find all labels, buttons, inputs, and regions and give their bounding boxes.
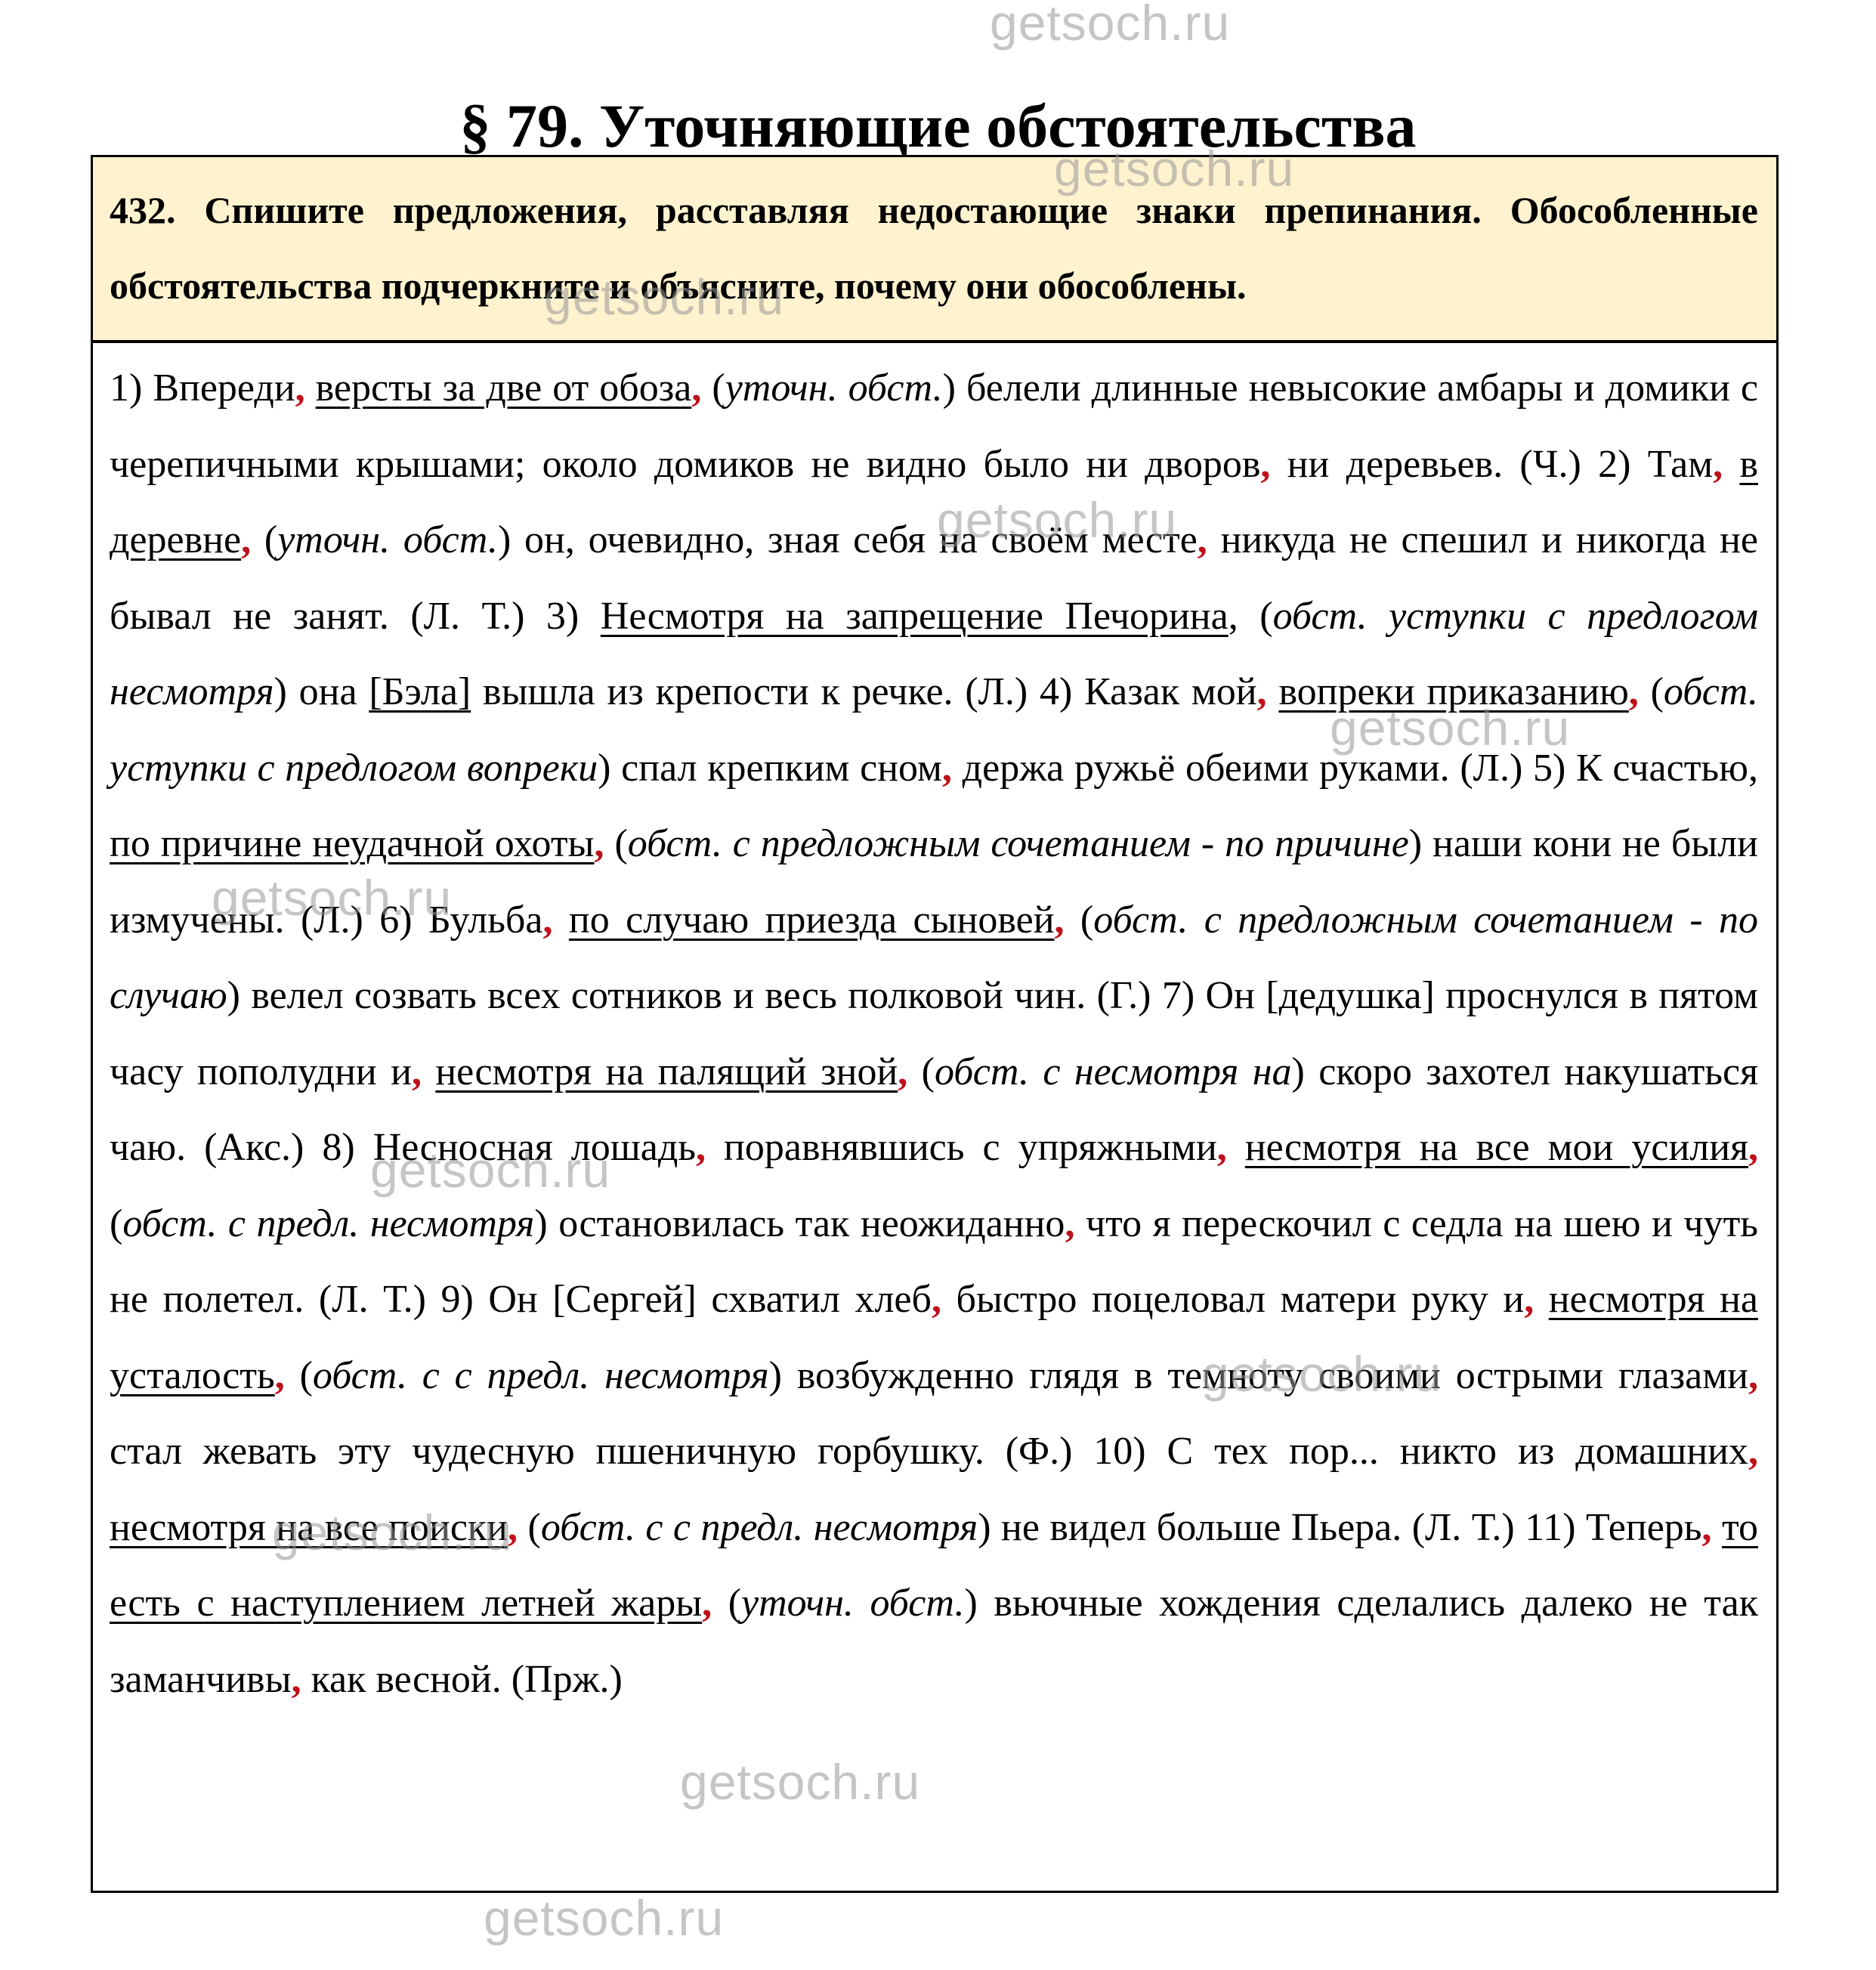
inserted-comma: , [696,1126,706,1169]
italic-note: обст. с предл. несмотря [122,1202,534,1245]
inserted-comma: , [1629,670,1639,713]
underlined-adverbial: Несмотря на запрещение Печорина [601,595,1229,638]
answer-text: 1) Впереди, версты за две от обоза, (уто… [93,343,1776,1718]
italic-note: обст. с с предл. несмотря [541,1506,978,1549]
text-run [1534,1278,1549,1321]
text-run [1267,670,1279,713]
inserted-comma: , [1198,518,1207,561]
inserted-comma: , [1748,1126,1758,1169]
text-run: ( [1065,898,1094,942]
inserted-comma: , [1713,443,1723,486]
inserted-comma: , [241,518,251,561]
inserted-comma: , [508,1506,518,1549]
text-run: ( [1639,670,1664,713]
inserted-comma: , [702,1582,712,1625]
text-run: ни деревьев. (Ч.) 2) Там [1270,443,1713,486]
text-run: ( [701,366,725,410]
underlined-adverbial: несмотря на все поиски [110,1506,508,1549]
text-run [1227,1126,1245,1169]
text-run: ) остановилась так неожиданно [534,1202,1065,1245]
text-run [305,366,316,410]
italic-note: обст. с несмотря на [935,1050,1292,1093]
text-run: , ( [1229,595,1273,638]
inserted-comma: , [1257,670,1267,713]
text-run: ) она [274,670,369,713]
inserted-comma: , [1748,1354,1758,1397]
text-run [422,1050,435,1093]
italic-note: обст. с предложным сочетанием - по причи… [628,822,1409,865]
underlined-adverbial: несмотря на палящий зной [435,1050,898,1093]
inserted-comma: , [898,1050,907,1093]
exercise-box: 432. Спишите предложения, расставляя нед… [91,155,1779,1893]
inserted-comma: , [1217,1126,1227,1169]
text-run: поравнявшись с упряжными [706,1126,1217,1169]
text-run [1723,443,1739,486]
underlined-adverbial: по причине неудачной охоты [110,822,595,865]
text-run: ( [604,822,628,865]
text-run: ) возбужденно глядя в темноту своими ост… [769,1354,1748,1397]
inserted-comma: , [932,1278,941,1321]
watermark: getsoch.ru [990,0,1230,51]
underlined-adverbial: несмотря на все мои усилия [1245,1126,1748,1169]
inserted-comma: , [1524,1278,1534,1321]
inserted-comma: , [412,1050,422,1093]
inserted-comma: , [542,898,552,942]
text-run: как весной. (Прж.) [301,1658,623,1701]
italic-note: уточн. обст. [277,518,498,561]
inserted-comma: , [1748,1430,1758,1473]
text-run: ) он, очевидно, зная себя на своём месте [498,518,1198,561]
inserted-comma: , [275,1354,285,1397]
text-run: 1) Впереди [110,366,295,410]
task-header: 432. Спишите предложения, расставляя нед… [93,157,1776,343]
inserted-comma: , [942,747,952,790]
inserted-comma: , [1065,1202,1074,1245]
italic-note: уточн. обст. [741,1582,965,1625]
text-run: ( [285,1354,313,1397]
inserted-comma: , [1260,443,1270,486]
underlined-adverbial: вопреки приказанию [1278,670,1628,713]
text-run [1712,1506,1722,1549]
inserted-comma: , [691,366,701,410]
text-run: стал жевать эту чудесную пшеничную горбу… [110,1430,1748,1473]
inserted-comma: , [292,1658,301,1701]
page-title: § 79. Уточняющие обстоятельства [0,88,1876,164]
watermark: getsoch.ru [484,1889,724,1947]
text-run: ) не видел больше Пьера. (Л. Т.) 11) Теп… [978,1506,1701,1549]
task-text: Спишите предложения, расставляя недостаю… [110,189,1758,307]
text-run: ) спал крепким сном [598,747,942,790]
text-run: быстро поцеловал матери руку и [941,1278,1524,1321]
text-run: ( [712,1582,741,1625]
text-run: ( [907,1050,935,1093]
text-run: вышла из крепости к речке. (Л.) 4) Казак… [471,670,1256,713]
underlined-adverbial: по случаю приезда сыновей [569,898,1055,942]
italic-note: уточн. обст. [725,366,943,410]
text-run: ( [251,518,277,561]
inserted-comma: , [595,822,604,865]
text-run [552,898,568,942]
inserted-comma: , [1702,1506,1712,1549]
inserted-comma: , [295,366,305,410]
text-run: ( [518,1506,541,1549]
italic-note: обст. с с предл. несмотря [313,1354,769,1397]
task-number: 432. [110,189,176,231]
underlined-adverbial: [Бэла] [369,670,471,713]
inserted-comma: , [1055,898,1065,942]
text-run: держа ружьё обеими руками. (Л.) 5) К сча… [952,747,1758,790]
text-run: ( [110,1202,122,1245]
underlined-adverbial: версты за две от обоза [316,366,692,410]
